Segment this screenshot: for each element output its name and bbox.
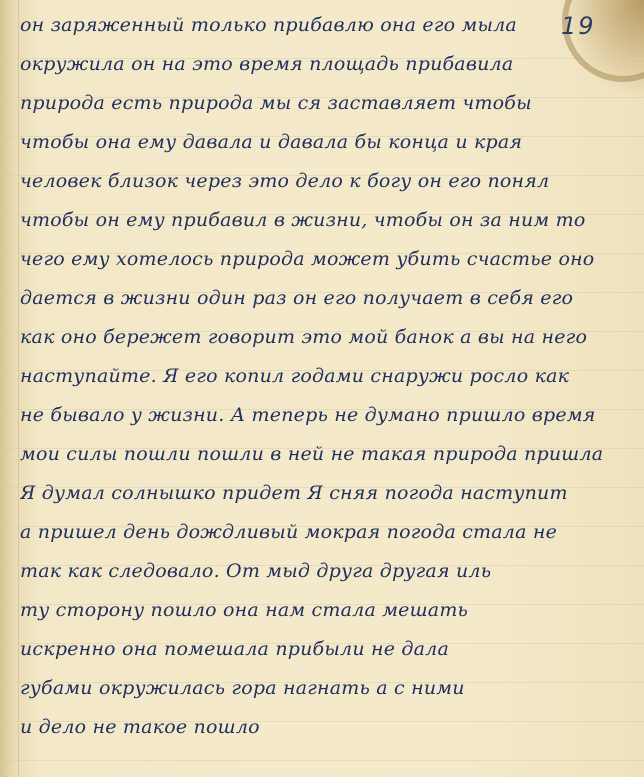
text-line: как оно бережет говорит это мой банок а …	[20, 318, 620, 357]
text-line: окружила он на это время площадь прибави…	[20, 45, 620, 84]
text-line: чего ему хотелось природа может убить сч…	[20, 240, 620, 279]
text-line: так как следовало. От мыд друга другая и…	[20, 552, 620, 591]
text-line: губами окружилась гора нагнать а с ними	[20, 669, 620, 708]
text-line: дается в жизни один раз он его получает …	[20, 279, 620, 318]
text-line: наступайте. Я его копил годами снаружи р…	[20, 357, 620, 396]
text-line: и дело не такое пошло	[20, 708, 620, 747]
text-line: ту сторону пошло она нам стала мешать	[20, 591, 620, 630]
text-line: искренно она помешала прибыли не дала	[20, 630, 620, 669]
text-line: природа есть природа мы ся заставляет чт…	[20, 84, 620, 123]
text-line: а пришел день дождливый мокрая погода ст…	[20, 513, 620, 552]
page-margin	[18, 0, 19, 777]
text-line: человек близок через это дело к богу он …	[20, 162, 620, 201]
text-line: мои силы пошли пошли в ней не такая прир…	[20, 435, 620, 474]
text-line: чтобы он ему прибавил в жизни, чтобы он …	[20, 201, 620, 240]
text-line: он заряженный только прибавлю она его мы…	[20, 6, 620, 45]
text-line: Я думал солнышко придет Я сняя погода на…	[20, 474, 620, 513]
handwritten-text: он заряженный только прибавлю она его мы…	[20, 6, 620, 747]
text-line: не бывало у жизни. А теперь не думано пр…	[20, 396, 620, 435]
notebook-page: 19 он заряженный только прибавлю она его…	[0, 0, 644, 777]
text-line: чтобы она ему давала и давала бы конца и…	[20, 123, 620, 162]
